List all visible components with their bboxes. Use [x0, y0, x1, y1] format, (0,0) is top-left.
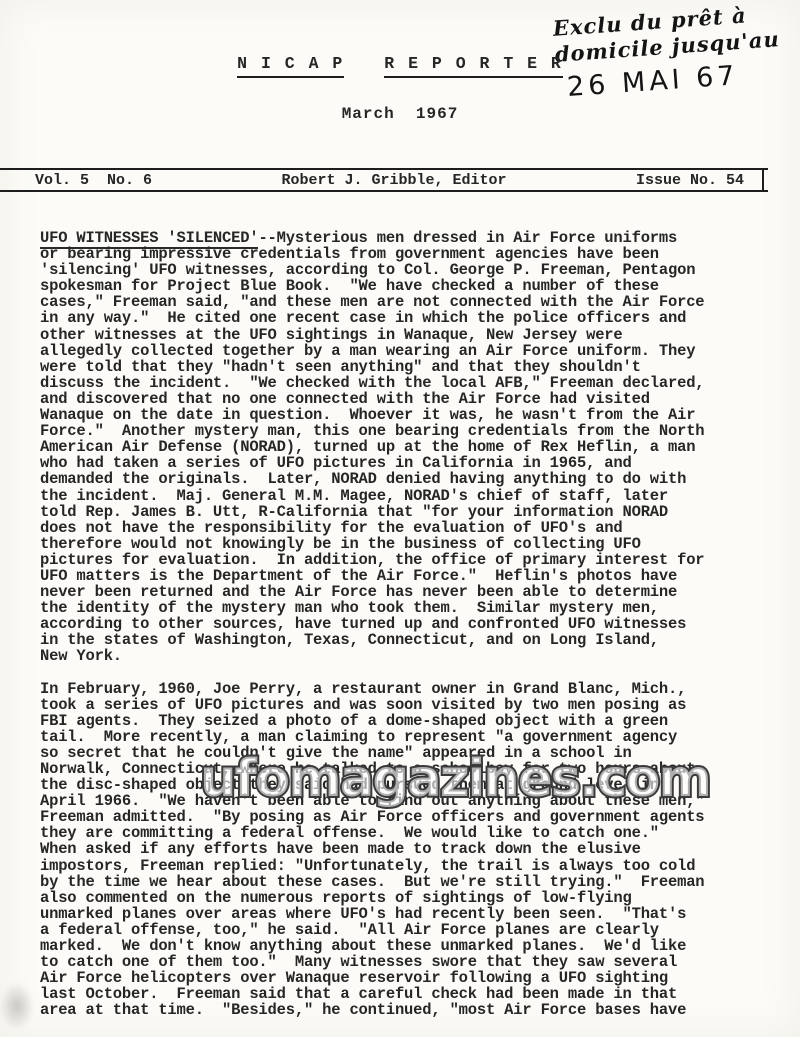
masthead-bar-end-tick: [762, 168, 764, 192]
masthead-title: N I C A P R E P O R T E R: [0, 54, 800, 78]
paragraph-ufo-witnesses-silenced: UFO WITNESSES 'SILENCED'--Mysterious men…: [40, 230, 786, 665]
masthead-bar-row: Vol. 5 No. 6 Robert J. Gribble, Editor I…: [0, 170, 768, 190]
scanned-newsletter-page: Exclu du prêt à domicile jusqu'au 26 MAI…: [0, 0, 800, 1037]
issue-number: Issue No. 54: [636, 172, 744, 189]
issue-date: March 1967: [0, 105, 800, 123]
masthead-title-nicap: N I C A P: [237, 54, 344, 78]
paragraph-1-text: --Mysterious men dressed in Air Force un…: [40, 229, 704, 665]
volume-number: Vol. 5 No. 6: [35, 172, 152, 189]
masthead-bar: Vol. 5 No. 6 Robert J. Gribble, Editor I…: [0, 168, 768, 192]
scan-smudge: [0, 982, 34, 1030]
masthead-title-reporter: R E P O R T E R: [384, 54, 563, 78]
article-body: UFO WITNESSES 'SILENCED'--Mysterious men…: [40, 230, 786, 1035]
paragraph-joe-perry: In February, 1960, Joe Perry, a restaura…: [40, 681, 786, 1019]
handwritten-note: Exclu du prêt à domicile jusqu'au 26 MAI…: [552, 0, 783, 105]
editor-name: Robert J. Gribble, Editor: [281, 172, 506, 189]
